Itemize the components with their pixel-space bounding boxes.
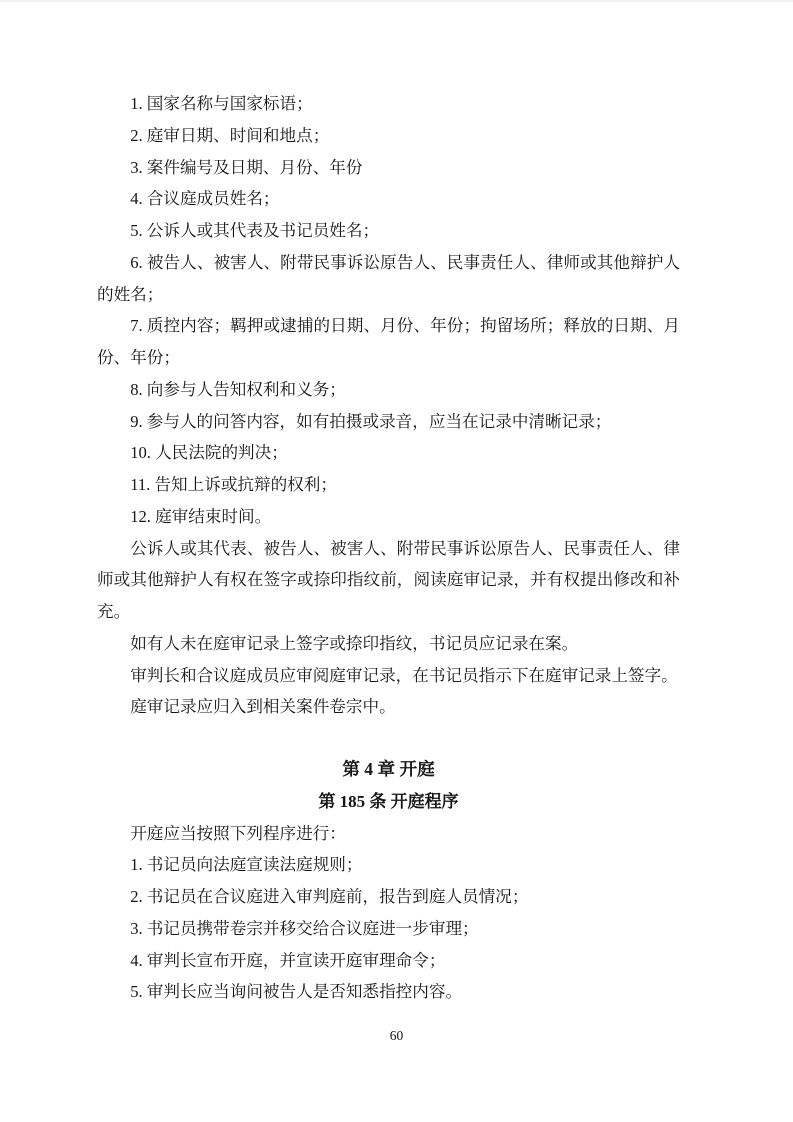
- list-item: 10. 人民法院的判决；: [97, 437, 680, 469]
- list-item: 3. 书记员携带卷宗并移交给合议庭进一步审理；: [97, 913, 680, 945]
- document-page: 1. 国家名称与国家标语； 2. 庭审日期、时间和地点； 3. 案件编号及日期、…: [0, 0, 793, 1122]
- list-item: 1. 书记员向法庭宣读法庭规则；: [97, 849, 680, 881]
- page-footer: 60: [0, 1028, 793, 1044]
- document-body: 1. 国家名称与国家标语； 2. 庭审日期、时间和地点； 3. 案件编号及日期、…: [97, 88, 680, 1008]
- paragraph: 开庭应当按照下列程序进行：: [97, 818, 680, 850]
- article-heading: 第 185 条 开庭程序: [97, 786, 680, 818]
- list-item: 5. 公诉人或其代表及书记员姓名；: [97, 215, 680, 247]
- list-item: 9. 参与人的问答内容，如有拍摄或录音，应当在记录中清晰记录；: [97, 406, 680, 438]
- list-item: 4. 合议庭成员姓名；: [97, 183, 680, 215]
- list-item: 12. 庭审结束时间。: [97, 501, 680, 533]
- list-item: 5. 审判长应当询问被告人是否知悉指控内容。: [97, 976, 680, 1008]
- paragraph: 审判长和合议庭成员应审阅庭审记录，在书记员指示下在庭审记录上签字。: [97, 660, 680, 692]
- page-number: 60: [390, 1028, 404, 1043]
- list-item: 8. 向参与人告知权利和义务；: [97, 374, 680, 406]
- list-item: 11. 告知上诉或抗辩的权利；: [97, 469, 680, 501]
- list-item: 1. 国家名称与国家标语；: [97, 88, 680, 120]
- chapter-heading: 第 4 章 开庭: [97, 754, 680, 786]
- list-item: 7. 质控内容；羁押或逮捕的日期、月份、年份；拘留场所；释放的日期、月份、年份；: [97, 310, 680, 374]
- list-item: 3. 案件编号及日期、月份、年份: [97, 152, 680, 184]
- list-item: 6. 被告人、被害人、附带民事诉讼原告人、民事责任人、律师或其他辩护人的姓名；: [97, 247, 680, 311]
- paragraph: 如有人未在庭审记录上签字或捺印指纹，书记员应记录在案。: [97, 628, 680, 660]
- list-item: 4. 审判长宣布开庭，并宣读开庭审理命令；: [97, 945, 680, 977]
- list-item: 2. 庭审日期、时间和地点；: [97, 120, 680, 152]
- paragraph: 庭审记录应归入到相关案件卷宗中。: [97, 691, 680, 723]
- list-item: 2. 书记员在合议庭进入审判庭前，报告到庭人员情况；: [97, 881, 680, 913]
- paragraph: 公诉人或其代表、被告人、被害人、附带民事诉讼原告人、民事责任人、律师或其他辩护人…: [97, 533, 680, 628]
